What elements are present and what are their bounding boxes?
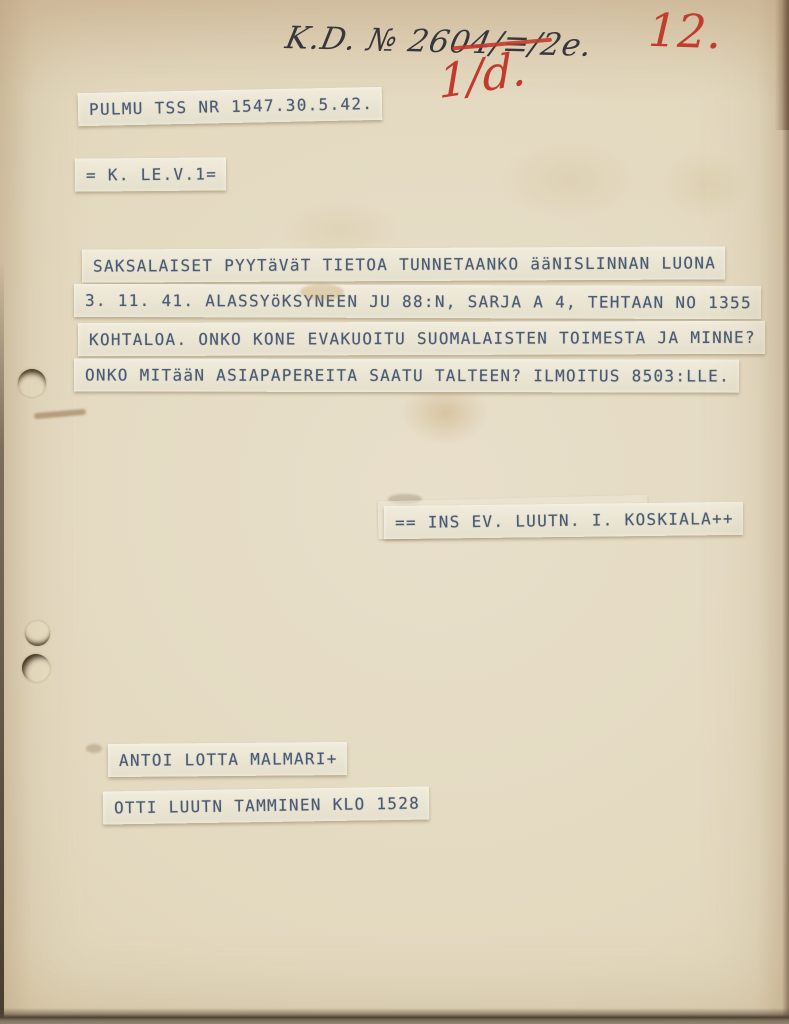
telegram-header-text: PULMU TSS NR 1547.30.5.42. xyxy=(89,94,374,119)
punch-hole xyxy=(22,654,50,682)
telegram-operator-strip: OTTI LUUTN TAMMINEN KLO 1528 xyxy=(103,786,430,824)
paper-stain xyxy=(34,409,86,420)
telegram-body-strip: 3. 11. 41. ALASSYöKSYNEEN JU 88:N, SARJA… xyxy=(74,284,761,319)
telegram-body-line-3: KOHTALOA. ONKO KONE EVAKUOITU SUOMALAIST… xyxy=(89,328,756,349)
telegram-body-strip: KOHTALOA. ONKO KONE EVAKUOITU SUOMALAIST… xyxy=(78,321,765,356)
telegram-signature-strip: == INS EV. LUUTN. I. KOSKIALA++ xyxy=(384,502,743,539)
telegram-recipient-text: = K. LE.V.1= xyxy=(86,164,217,184)
telegram-received-by-text: OTTI LUUTN TAMMINEN KLO 1528 xyxy=(114,794,420,818)
telegram-body-line-1: SAKSALAISET PYYTäVäT TIETOA TUNNETAANKO … xyxy=(93,253,716,275)
scan-edge-right xyxy=(782,0,789,1024)
paper-stain xyxy=(500,140,640,220)
scanned-telegram-page: K.D. № 2604/≡/2e. 1/d. 12. PULMU TSS NR … xyxy=(0,0,789,1024)
punch-hole xyxy=(18,369,46,397)
telegram-body-line-4: ONKO MITääN ASIAPAPEREITA SAATU TALTEEN?… xyxy=(85,365,730,385)
telegram-header-strip: PULMU TSS NR 1547.30.5.42. xyxy=(78,87,383,126)
scan-edge-bottom xyxy=(0,1008,789,1024)
telegram-recipient-strip: = K. LE.V.1= xyxy=(75,157,226,191)
red-page-number: 12. xyxy=(647,3,722,60)
paper-stain xyxy=(660,150,750,220)
punch-hole xyxy=(25,621,50,646)
telegram-given-by-text: ANTOI LOTTA MALMARI+ xyxy=(119,749,338,770)
scan-edge-right-top xyxy=(775,0,789,130)
telegram-operator-strip: ANTOI LOTTA MALMARI+ xyxy=(108,742,347,777)
telegram-body-strip: SAKSALAISET PYYTäVäT TIETOA TUNNETAANKO … xyxy=(82,246,725,282)
telegram-body-line-2: 3. 11. 41. ALASSYöKSYNEEN JU 88:N, SARJA… xyxy=(85,291,752,312)
telegram-signature-text: == INS EV. LUUTN. I. KOSKIALA++ xyxy=(395,509,734,532)
telegram-body-strip: ONKO MITääN ASIAPAPEREITA SAATU TALTEEN?… xyxy=(74,358,739,392)
scan-edge-left xyxy=(0,260,4,1024)
paper-stain xyxy=(86,744,102,753)
